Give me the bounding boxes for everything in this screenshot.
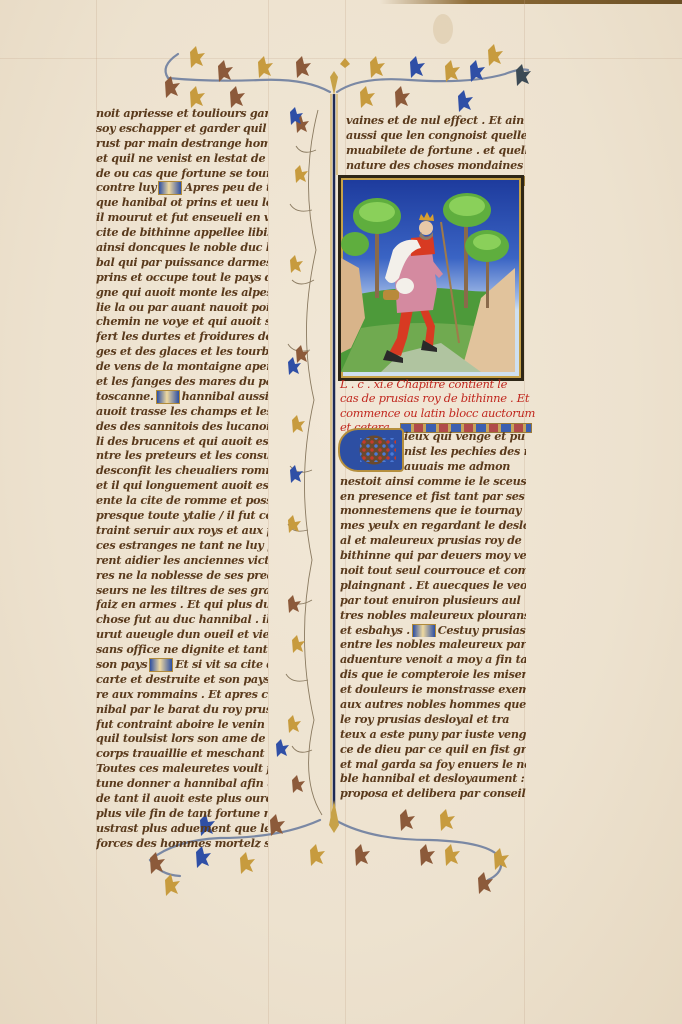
text-line: chose fut au duc hannibal . il mo xyxy=(96,612,268,627)
text-line: de ou cas que fortune se tour nevoit xyxy=(96,166,268,181)
text-line: noit apriesse et touliours garde pour xyxy=(96,106,268,121)
text-line: muabilete de fortune . et quelle est la xyxy=(346,143,526,158)
text-line: seurs ne les tiltres de ses grans : xyxy=(96,583,268,598)
ruling-line xyxy=(268,0,269,1024)
text-column-left: noit apriesse et touliours garde pour so… xyxy=(96,106,268,851)
text-line: gne qui auoit monte les alpes de ytal xyxy=(96,285,268,300)
text-line: fert les durtes et froidures des nai xyxy=(96,329,268,344)
text-line: ges et des glaces et les tourbillons xyxy=(96,344,268,359)
text-line: re aux rommains . Et apres ce han xyxy=(96,687,268,702)
text-line: Toutes ces maleuretes voult for xyxy=(96,761,268,776)
text-fragment: presque toute ytalie xyxy=(96,508,216,522)
text-line: plaingnant . Et auecques le veoie xyxy=(340,578,526,593)
text-line: et quil ne venist en lestat de seruitu xyxy=(96,151,268,166)
text-line: et il qui longuement auoit espou xyxy=(96,478,268,493)
decorated-initial-icon xyxy=(158,181,182,195)
text-line: auuais me admon xyxy=(340,459,526,474)
text-fragment: Et si vit sa cite de xyxy=(175,657,268,671)
king-traveler-illustration-icon xyxy=(341,178,515,372)
text-line: de tant il auoit este plus oure et : xyxy=(96,791,268,806)
text-line: corps trauaillie et meschant . xyxy=(96,746,268,761)
text-fragment: toscanne. xyxy=(96,389,154,403)
text-line: aussi que len congnoist quelle est la xyxy=(346,128,526,143)
text-line: soy eschapper et garder quil ne mou xyxy=(96,121,268,136)
text-line: contre luyApres peu de temps xyxy=(96,180,268,195)
text-line: lie la ou par auant nauoit point de xyxy=(96,300,268,315)
text-fragment: Cestuy prusias xyxy=(438,623,526,637)
text-line: cite de bithinne appellee libissa. par xyxy=(96,225,268,240)
text-line: de vens de la montaigne apennin xyxy=(96,359,268,374)
text-line: res ne la noblesse de ses predecces xyxy=(96,568,268,583)
text-line: nature des choses mondaines et pe xyxy=(346,158,526,173)
text-line: ce de dieu par ce quil en fist grief xyxy=(340,742,526,757)
text-line: mes yeulx en regardant le desloy xyxy=(340,518,526,533)
text-line: faiz en armes . Et qui plus dure xyxy=(96,597,268,612)
text-line: prins et occupe tout le pays dechain xyxy=(96,270,268,285)
text-line: noit tout seul courrouce et com xyxy=(340,563,526,578)
text-line: aux autres nobles hommes que xyxy=(340,697,526,712)
decorated-initial-icon xyxy=(156,390,180,404)
text-line: et douleurs ie monstrasse exemple xyxy=(340,682,526,697)
text-fragment: Apres peu de temps xyxy=(184,180,268,194)
text-fragment: contre luy xyxy=(96,180,156,194)
text-column-right-bottom: ieux qui venge et pu nist les pechies de… xyxy=(340,429,526,801)
text-line: entre les nobles maleureux par xyxy=(340,637,526,652)
text-line: forces des hommes mortelz sont xyxy=(96,836,268,851)
text-line: il mourut et fut enseueli en vne xyxy=(96,210,268,225)
text-line: ble hannibal et desloyaument : xyxy=(340,771,526,786)
text-line: et les fanges des mares du pays de xyxy=(96,374,268,389)
text-line: et esbahys .Cestuy prusias xyxy=(340,623,526,638)
text-line: ieux qui venge et pu xyxy=(340,429,526,444)
text-line: quil toulsist lors son ame de son xyxy=(96,731,268,746)
text-line: chemin ne voye et qui auoit souf xyxy=(96,314,268,329)
text-line: aduenture venoit a moy a fin tan xyxy=(340,652,526,667)
rubric-line: cas de prusias roy de bithinne . Et xyxy=(340,391,530,405)
parchment-stain xyxy=(433,14,453,44)
text-line: vaines et de nul effect . Et ain xyxy=(346,113,526,128)
chapter-rubric: L . c . xi.e Chapitre contient le cas de… xyxy=(340,377,530,435)
text-line: ainsi doncques le noble duc hanni xyxy=(96,240,268,255)
text-line: ces estranges ne tant ne luy peu xyxy=(96,538,268,553)
ruling-line xyxy=(0,58,682,59)
text-line: teux a este puny par iuste vengen xyxy=(340,727,526,742)
text-line: dis que ie compteroie les miseres xyxy=(340,667,526,682)
text-line: urut aueugle dun oueil et vieillart xyxy=(96,627,268,642)
miniature-painting xyxy=(338,175,524,381)
text-line: desconfit les cheualiers rommains xyxy=(96,463,268,478)
text-line: tune donner a hannibal afin que xyxy=(96,776,268,791)
text-line: al et maleureux prusias roy de xyxy=(340,533,526,548)
text-line: li des brucens et qui auoit este co xyxy=(96,434,268,449)
text-line: rent aidier les anciennes victoi xyxy=(96,553,268,568)
text-line: traint seruir aux roys et aux prin xyxy=(96,523,268,538)
text-line: sans office ne dignite et tant ny de xyxy=(96,642,268,657)
text-line: ente la cite de romme et possede : xyxy=(96,493,268,508)
text-fragment: son pays xyxy=(96,657,147,671)
text-line: nist les pechies des m xyxy=(340,444,526,459)
text-fragment: il fut cons xyxy=(227,508,268,522)
text-line: ntre les preteurs et les consulz et xyxy=(96,448,268,463)
manuscript-page: noit apriesse et touliours garde pour so… xyxy=(0,0,682,1024)
text-line: carte et destruite et son pays tributai xyxy=(96,672,268,687)
rubric-line: commence ou latin blocc auctorum xyxy=(340,406,530,420)
text-line: auoit trasse les champs et les lan xyxy=(96,404,268,419)
text-line: nibal par le barat du roy prusias : xyxy=(96,702,268,717)
text-line: presque toute ytalie / il fut cons xyxy=(96,508,268,523)
decorated-initial-icon xyxy=(149,658,173,672)
text-line: proposa et delibera par conseil de : xyxy=(340,786,526,801)
text-line: monnestemens que ie tournay xyxy=(340,503,526,518)
text-line: le roy prusias desloyal et tra xyxy=(340,712,526,727)
text-line: bithinne qui par deuers moy ve xyxy=(340,548,526,563)
rubric-line: L . c . xi.e Chapitre contient le xyxy=(340,377,530,391)
text-line: que hanibal ot prins et ueu le venin xyxy=(96,195,268,210)
text-line: rust par main destrange homme xyxy=(96,136,268,151)
text-fragment: hannibal aussi qui xyxy=(182,389,268,403)
text-line: en presence et fist tant par ses ad xyxy=(340,489,526,504)
text-line: nestoit ainsi comme ie le sceusse : xyxy=(340,474,526,489)
text-line: ustrast plus aduement que les : xyxy=(96,821,268,836)
text-line: tres nobles maleureux plourans xyxy=(340,608,526,623)
text-line: fut contraint aboire le venin afin xyxy=(96,717,268,732)
text-line: toscanne.hannibal aussi qui xyxy=(96,389,268,404)
text-line: plus vile fin de tant fortune mo xyxy=(96,806,268,821)
text-line: des des sannitois des lucanois et auec xyxy=(96,419,268,434)
text-line: son paysEt si vit sa cite de xyxy=(96,657,268,672)
text-fragment: et esbahys . xyxy=(340,623,410,637)
text-line: et mal garda sa foy enuers le no xyxy=(340,757,526,772)
text-line: par tout enuiron plusieurs aul xyxy=(340,593,526,608)
text-line: bal qui par puissance darmes auoit xyxy=(96,255,268,270)
page-edge-shadow xyxy=(380,0,682,4)
decorated-initial-icon xyxy=(412,624,436,638)
